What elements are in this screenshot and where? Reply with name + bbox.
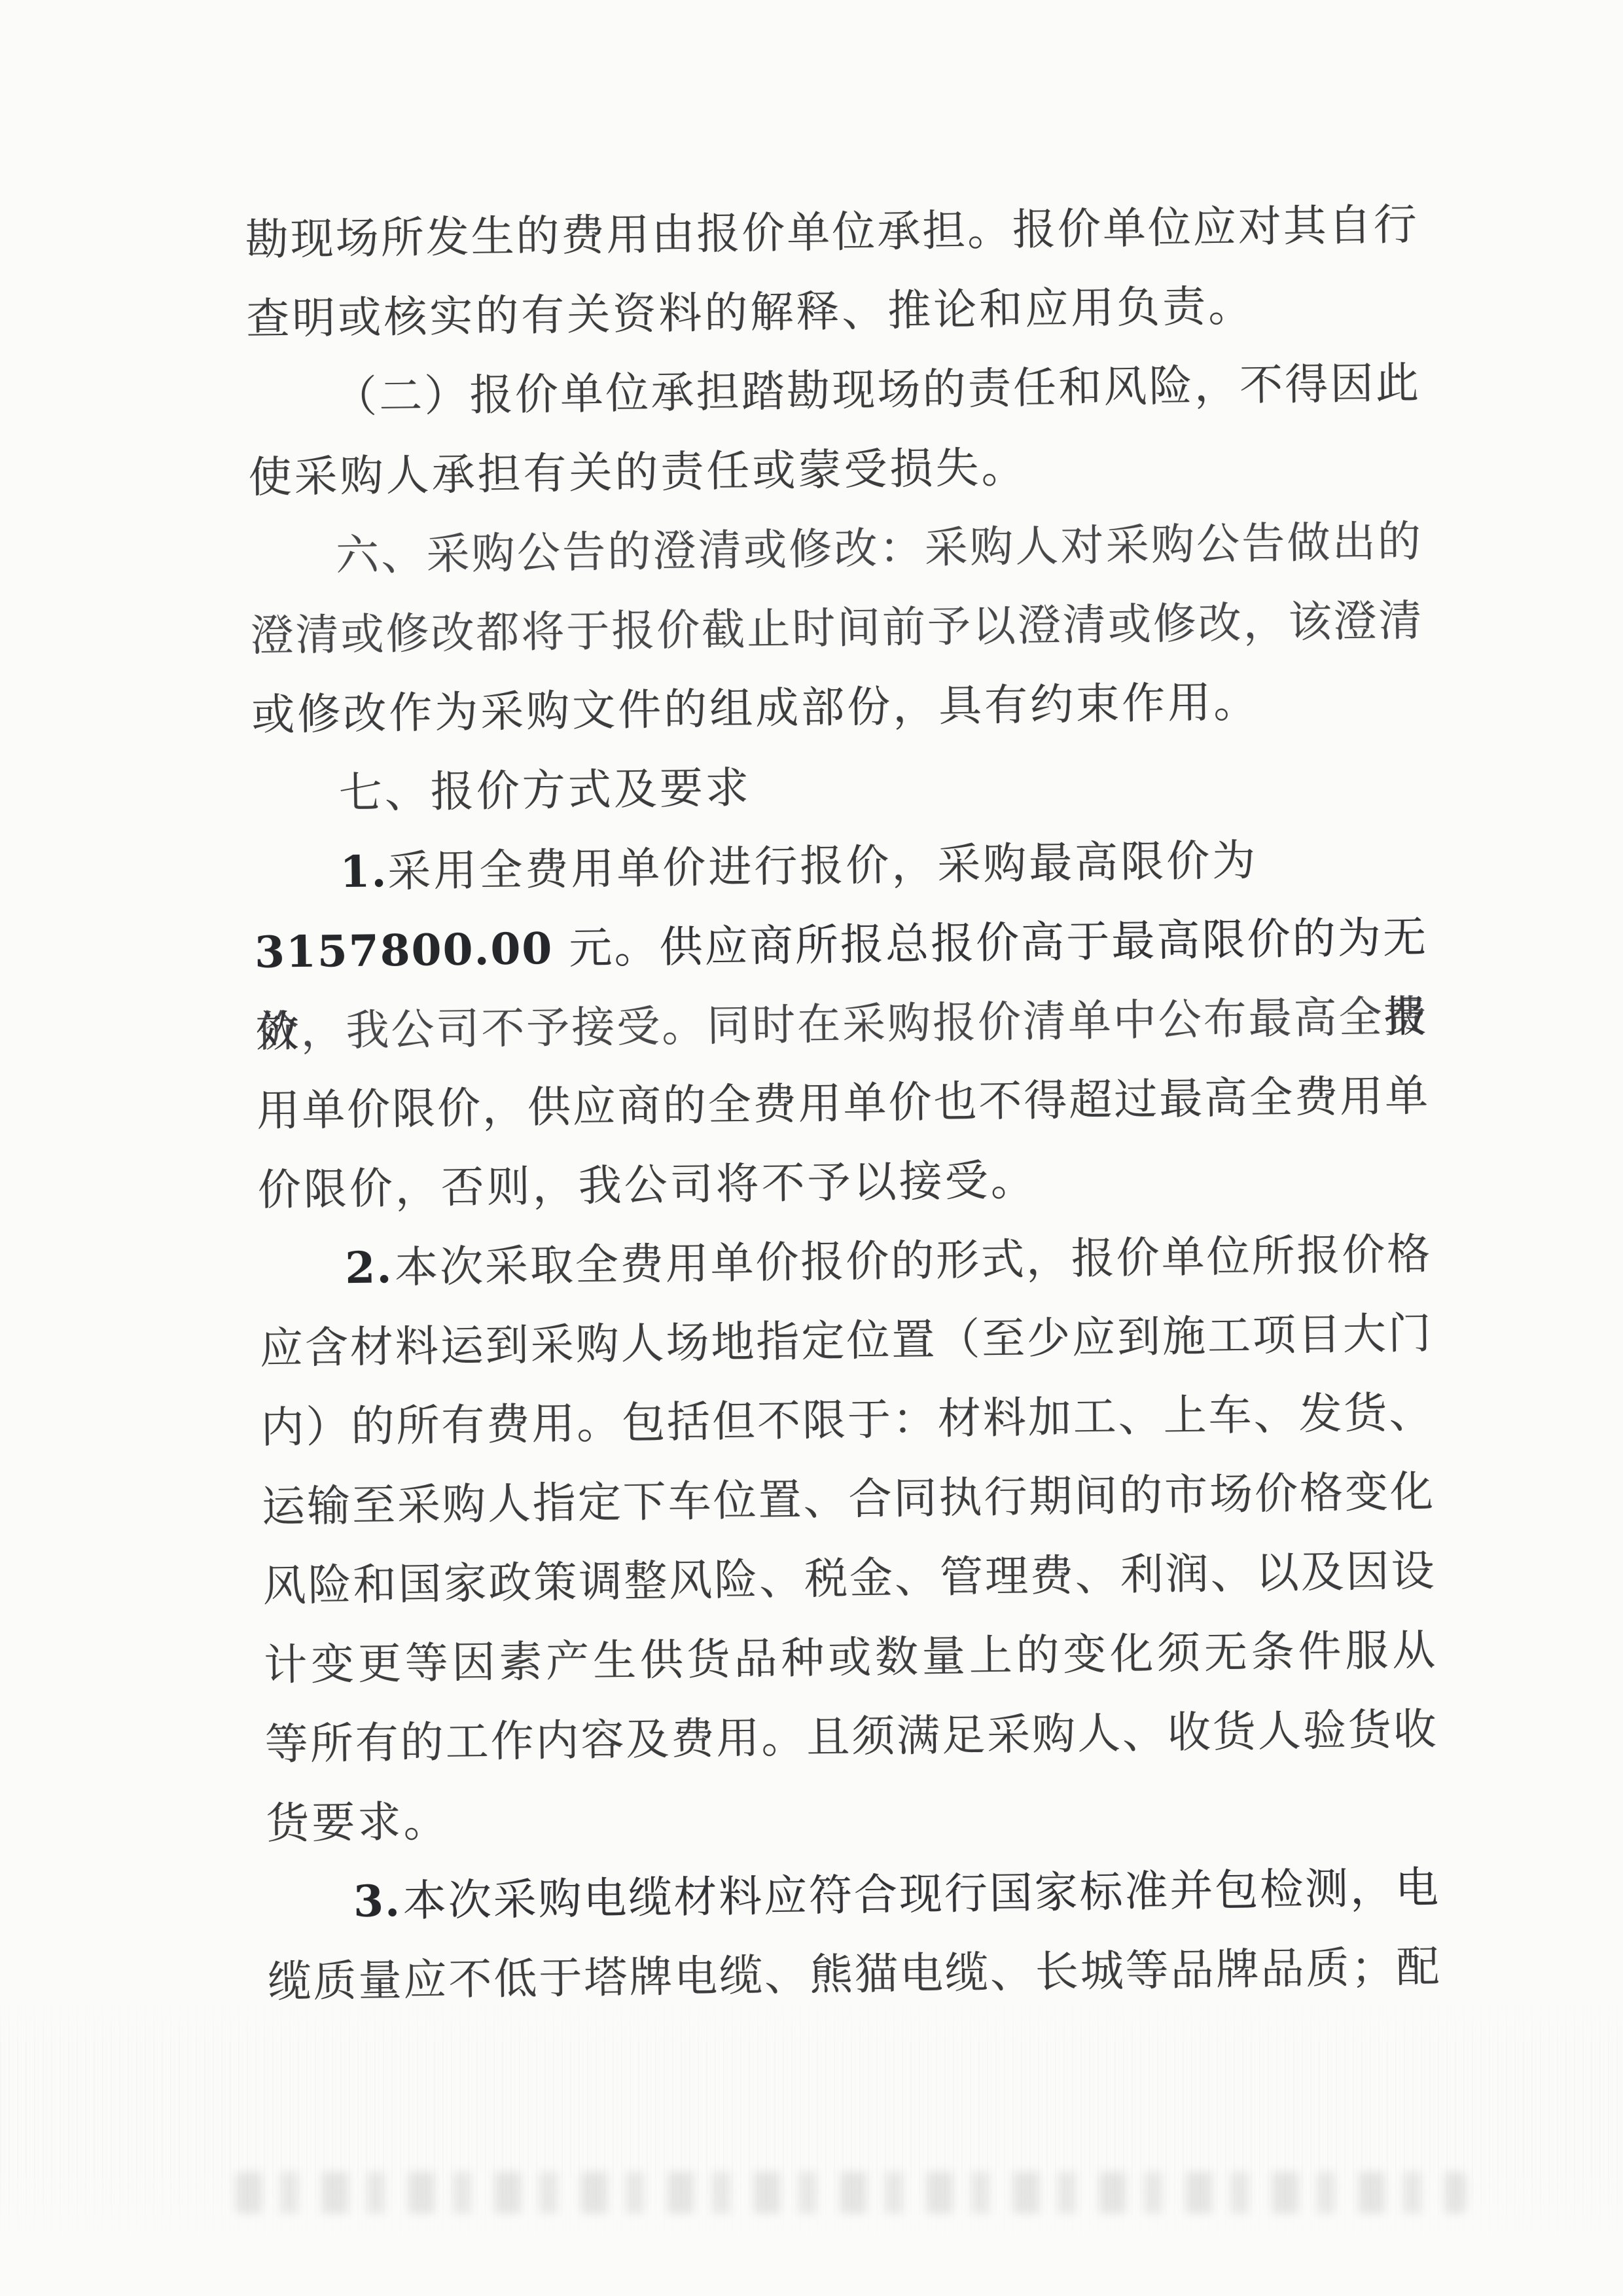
text-line: 应含材料运到采购人场地指定位置（至少应到施工项目大门 <box>259 1293 1431 1388</box>
text-line: 澄清或修改都将于报价截止时间前予以澄清或修改，该澄清 <box>250 581 1422 675</box>
text-line: 查明或核实的有关资料的解释、推论和应用负责。 <box>246 264 1418 359</box>
text-line: 六、采购公告的澄清或修改：采购人对采购公告做出的 <box>249 502 1421 596</box>
text-segment: 运输至采购人指定下车位置、合同执行期间的市场价格变化 <box>262 1466 1434 1532</box>
text-line: 内）的所有费用。包括但不限于：材料加工、上车、发货、 <box>260 1372 1433 1467</box>
section-heading: 七、报价方式及要求 <box>252 739 1424 833</box>
text-line: 等所有的工作内容及费用。且须满足采购人、收货人验货收 <box>264 1689 1436 1784</box>
numeric-segment: 2. <box>345 1242 393 1293</box>
text-segment: 货要求。 <box>266 1796 450 1849</box>
text-line: 3157800.00 元。供应商所报总报价高于最高限价的为无效报 <box>254 897 1426 992</box>
text-segment: 本次采购电缆材料应符合现行国家标准并包检测，电 <box>401 1862 1438 1926</box>
text-line: 运输至采购人指定下车位置、合同执行期间的市场价格变化 <box>261 1452 1433 1546</box>
text-segment: 使采购人承担有关的责任或蒙受损失。 <box>248 442 1027 503</box>
numeric-segment: 3157800.00 <box>255 923 554 978</box>
text-line: 用单价限价，供应商的全费用单价也不得超过最高全费用单 <box>256 1056 1428 1150</box>
text-segment: 用单价限价，供应商的全费用单价也不得超过最高全费用单 <box>257 1070 1429 1136</box>
text-segment: 风险和国家政策调整风险、税金、管理费、利润、以及因设 <box>262 1545 1435 1611</box>
text-segment: 七、报价方式及要求 <box>338 762 751 818</box>
text-segment: 内）的所有费用。包括但不限于：材料加工、上车、发货、 <box>260 1387 1433 1452</box>
text-line: 2.本次采取全费用单价报价的形式，报价单位所报价格 <box>259 1214 1431 1308</box>
text-segment: 本次采取全费用单价报价的形式，报价单位所报价格 <box>393 1229 1431 1293</box>
text-line: （二）报价单位承担踏勘现场的责任和风险，不得因此 <box>247 344 1419 438</box>
text-segment: 计变更等因素产生供货品种或数量上的变化须无条件服从 <box>264 1624 1436 1690</box>
text-line: 1.采用全费用单价进行报价，采购最高限价为 <box>253 818 1425 912</box>
numeric-segment: 1. <box>340 846 388 897</box>
text-line: 货要求。 <box>266 1768 1438 1863</box>
text-line: 风险和国家政策调整风险、税金、管理费、利润、以及因设 <box>262 1531 1435 1625</box>
text-line: 3.本次采购电缆材料应符合现行国家标准并包检测，电 <box>266 1848 1438 1942</box>
text-segment: （二）报价单位承担踏勘现场的责任和风险，不得因此 <box>333 358 1419 423</box>
text-segment: 应含材料运到采购人场地指定位置（至少应到施工项目大门 <box>259 1308 1431 1373</box>
text-segment: 等所有的工作内容及费用。且须满足采购人、收货人验货收 <box>264 1704 1436 1769</box>
text-line: 价，我公司不予接受。同时在采购报价清单中公布最高全费 <box>255 977 1427 1071</box>
text-line: 计变更等因素产生供货品种或数量上的变化须无条件服从 <box>264 1610 1436 1704</box>
text-segment: 查明或核实的有关资料的解释、推论和应用负责。 <box>246 281 1255 344</box>
text-segment: 价限价，否则，我公司将不予以接受。 <box>257 1155 1037 1215</box>
document-body: 勘现场所发生的费用由报价单位承担。报价单位应对其自行查明或核实的有关资料的解释、… <box>245 185 1440 2022</box>
text-line: 勘现场所发生的费用由报价单位承担。报价单位应对其自行 <box>245 185 1417 279</box>
text-segment: 采用全费用单价进行报价，采购最高限价为 <box>387 835 1258 897</box>
bleedthrough-artifact <box>236 2172 1466 2214</box>
text-line: 或修改作为采购文件的组成部份，具有约束作用。 <box>251 660 1423 755</box>
text-segment: 缆质量应不低于塔牌电缆、熊猫电缆、长城等品牌品质；配 <box>268 1941 1440 2007</box>
numeric-segment: 3. <box>353 1875 402 1927</box>
text-segment: 澄清或修改都将于报价截止时间前予以澄清或修改，该澄清 <box>250 596 1422 661</box>
text-segment: 价，我公司不予接受。同时在采购报价清单中公布最高全费 <box>255 991 1427 1056</box>
text-segment: 勘现场所发生的费用由报价单位承担。报价单位应对其自行 <box>245 200 1417 265</box>
text-segment: 六、采购公告的澄清或修改：采购人对采购公告做出的 <box>336 516 1421 581</box>
document-page: 勘现场所发生的费用由报价单位承担。报价单位应对其自行查明或核实的有关资料的解释、… <box>0 0 1623 2296</box>
text-segment: 或修改作为采购文件的组成部份，具有约束作用。 <box>251 677 1260 740</box>
text-line: 价限价，否则，我公司将不予以接受。 <box>257 1135 1429 1229</box>
text-line: 使采购人承担有关的责任或蒙受损失。 <box>248 423 1420 517</box>
